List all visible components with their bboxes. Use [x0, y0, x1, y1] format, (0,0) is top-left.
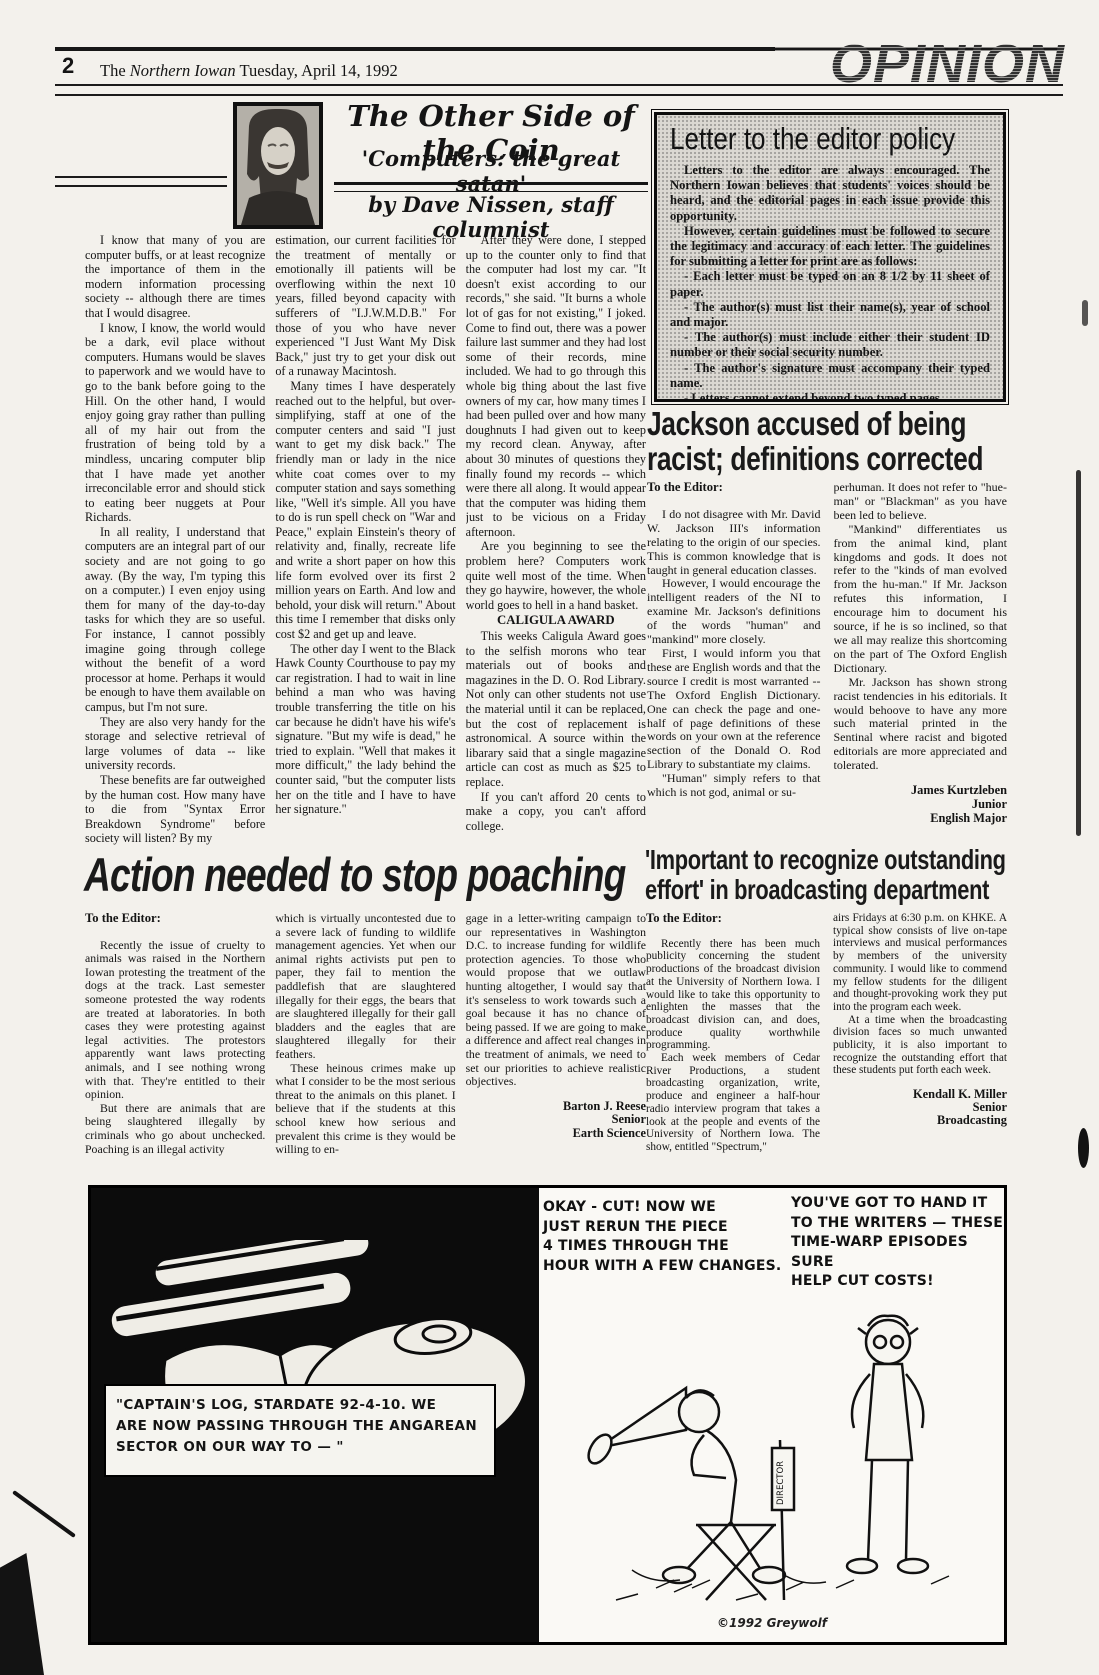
signature-line: English Major — [834, 812, 1008, 826]
masthead-prefix: The — [100, 61, 130, 80]
broadcast-col-1-text: Recently there has been much publicity c… — [646, 938, 820, 1154]
page-number: 2 — [62, 53, 74, 79]
signature-line: Kendall K. Miller — [833, 1088, 1007, 1101]
paragraph: Each week members of Cedar River Product… — [646, 1052, 820, 1154]
signature-line: Barton J. Reese — [466, 1100, 646, 1114]
columnist-photo — [233, 102, 323, 229]
letter-policy-box: Letter to the editor policy Letters to t… — [654, 112, 1006, 402]
paragraph: I know, I know, the world would be a dar… — [85, 321, 265, 525]
paragraph: After they were done, I stepped up to th… — [466, 233, 646, 539]
scan-artifact — [0, 1553, 44, 1675]
broadcast-signature: Kendall K. MillerSeniorBroadcasting — [833, 1088, 1007, 1126]
signature-line: Senior — [833, 1101, 1007, 1114]
poaching-col-2: which is virtually uncontested due to a … — [275, 912, 455, 1184]
paragraph: These heinous crimes make up what I cons… — [275, 1062, 455, 1157]
signature-line: Broadcasting — [833, 1114, 1007, 1127]
paragraph: Are you beginning to see the problem her… — [466, 539, 646, 612]
jackson-signature: James KurtzlebenJuniorEnglish Major — [834, 784, 1008, 826]
broadcast-salutation: To the Editor: — [646, 912, 820, 925]
signature-line: James Kurtzleben — [834, 784, 1008, 798]
newspaper-page: 2 The Northern Iowan Tuesday, April 14, … — [0, 0, 1099, 1675]
jackson-col-2-text: perhuman. It does not refer to "hue-man"… — [834, 481, 1008, 773]
captains-log-caption: "CAPTAIN'S LOG, STARDATE 92-4-10. WE ARE… — [104, 1384, 496, 1477]
paragraph: "Human" simply refers to that which is n… — [647, 772, 821, 800]
paragraph: Recently the issue of cruelty to animals… — [85, 939, 265, 1102]
flank-rule — [55, 176, 227, 187]
paragraph: estimation, our current facilities for t… — [275, 233, 455, 379]
opinion-logo: OPINION — [830, 34, 1065, 94]
broadcast-columns: To the Editor: Recently there has been m… — [646, 912, 1007, 1184]
paragraph: But there are animals that are being sla… — [85, 1102, 265, 1156]
paragraph: This weeks Caligula Award goes to the se… — [466, 629, 646, 790]
paragraph: Letters to the editor are always encoura… — [670, 163, 990, 224]
scan-artifact — [1082, 300, 1088, 326]
feature-col-3-top: After they were done, I stepped up to th… — [466, 233, 646, 612]
paragraph: Recently there has been much publicity c… — [646, 938, 820, 1052]
cartoon-credit: ©1992 Greywolf — [717, 1616, 827, 1630]
masthead: The Northern Iowan Tuesday, April 14, 19… — [100, 61, 398, 81]
director-figure — [584, 1388, 785, 1583]
portrait-drawing — [237, 106, 319, 225]
broadcast-headline: 'Important to recognize outstanding effo… — [645, 845, 1008, 905]
paragraph: which is virtually uncontested due to a … — [275, 912, 455, 1062]
feature-columns: I know that many of you are computer buf… — [85, 233, 646, 860]
paragraph: - Letters cannot extend beyond two typed… — [670, 391, 990, 402]
chair-label: DIRECTOR — [776, 1461, 786, 1505]
masthead-date: Tuesday, April 14, 1992 — [236, 61, 398, 80]
jackson-salutation: To the Editor: — [647, 481, 821, 495]
scan-artifact — [1078, 1128, 1089, 1168]
masthead-title: Northern Iowan — [130, 61, 236, 80]
paragraph: - Each letter must be typed on an 8 1/2 … — [670, 269, 990, 299]
poaching-salutation: To the Editor: — [85, 912, 265, 926]
jackson-col-2: perhuman. It does not refer to "hue-man"… — [834, 481, 1008, 853]
paragraph: airs Fridays at 6:30 p.m. on KHKE. A typ… — [833, 912, 1007, 1014]
section-banner: OPINION — [775, 33, 1065, 95]
policy-body: Letters to the editor are always encoura… — [670, 163, 990, 402]
signature-line: Junior — [834, 798, 1008, 812]
feature-col-2: estimation, our current facilities for t… — [275, 233, 455, 860]
paragraph: I know that many of you are computer buf… — [85, 233, 265, 321]
poaching-col-1: To the Editor: Recently the issue of cru… — [85, 912, 265, 1184]
paragraph: perhuman. It does not refer to "hue-man"… — [834, 481, 1008, 523]
jackson-headline: Jackson accused of being racist; definit… — [647, 407, 1009, 476]
paragraph: However, I would encourage the intellige… — [647, 577, 821, 647]
poaching-columns: To the Editor: Recently the issue of cru… — [85, 912, 646, 1184]
director-speech: OKAY - CUT! NOW WE JUST RERUN THE PIECE … — [543, 1198, 783, 1276]
paragraph: - The author's signature must accompany … — [670, 361, 990, 391]
paragraph: At a time when the broadcasting division… — [833, 1014, 1007, 1078]
poaching-col-3: gage in a letter-writing campaign to our… — [466, 912, 646, 1184]
signature-line: Earth Science — [466, 1127, 646, 1141]
broadcast-col-2-text: airs Fridays at 6:30 p.m. on KHKE. A typ… — [833, 912, 1007, 1077]
paragraph: If you can't afford 20 cents to make a c… — [466, 790, 646, 834]
feature-col-3: After they were done, I stepped up to th… — [466, 233, 646, 860]
poaching-col-1-text: Recently the issue of cruelty to animals… — [85, 939, 265, 1157]
scan-artifact — [12, 1490, 76, 1538]
paragraph: In all reality, I understand that comput… — [85, 525, 265, 715]
caligula-subhead: CALIGULA AWARD — [466, 613, 646, 628]
paragraph: - The author(s) must list their name(s),… — [670, 300, 990, 330]
paragraph: Many times I have desperately reached ou… — [275, 379, 455, 642]
paragraph: They are also very handy for the storage… — [85, 715, 265, 773]
paragraph: Mr. Jackson has shown strong racist tend… — [834, 676, 1008, 773]
paragraph: I do not disagree with Mr. David W. Jack… — [647, 508, 821, 578]
broadcast-col-2: airs Fridays at 6:30 p.m. on KHKE. A typ… — [833, 912, 1007, 1184]
paragraph: "Mankind" differentiates us from the ani… — [834, 523, 1008, 676]
paragraph: - The author(s) must include either thei… — [670, 330, 990, 360]
policy-title: Letter to the editor policy — [670, 121, 1006, 157]
poaching-signature: Barton J. ReeseSeniorEarth Science — [466, 1100, 646, 1141]
cartoon-figures: DIRECTOR — [536, 1270, 1004, 1632]
space-panel: "CAPTAIN'S LOG, STARDATE 92-4-10. WE ARE… — [91, 1188, 539, 1642]
poaching-col-3-text: gage in a letter-writing campaign to our… — [466, 912, 646, 1089]
feature-col-3-bottom: This weeks Caligula Award goes to the se… — [466, 629, 646, 833]
feature-rule — [334, 182, 648, 192]
paragraph: These benefits are far outweighed by the… — [85, 773, 265, 846]
paragraph: First, I would inform you that these are… — [647, 647, 821, 772]
paragraph: However, certain guidelines must be foll… — [670, 224, 990, 270]
poaching-headline: Action needed to stop poaching — [84, 851, 649, 898]
scan-artifact — [1076, 470, 1081, 836]
feature-col-1: I know that many of you are computer buf… — [85, 233, 265, 860]
broadcast-col-1: To the Editor: Recently there has been m… — [646, 912, 820, 1184]
standing-figure — [847, 1316, 928, 1573]
paragraph: gage in a letter-writing campaign to our… — [466, 912, 646, 1089]
editorial-cartoon: "CAPTAIN'S LOG, STARDATE 92-4-10. WE ARE… — [88, 1185, 1007, 1645]
jackson-col-1-text: I do not disagree with Mr. David W. Jack… — [647, 508, 821, 800]
jackson-col-1: To the Editor: I do not disagree with Mr… — [647, 481, 821, 853]
jackson-columns: To the Editor: I do not disagree with Mr… — [647, 481, 1007, 853]
paragraph: The other day I went to the Black Hawk C… — [275, 642, 455, 817]
signature-line: Senior — [466, 1113, 646, 1127]
